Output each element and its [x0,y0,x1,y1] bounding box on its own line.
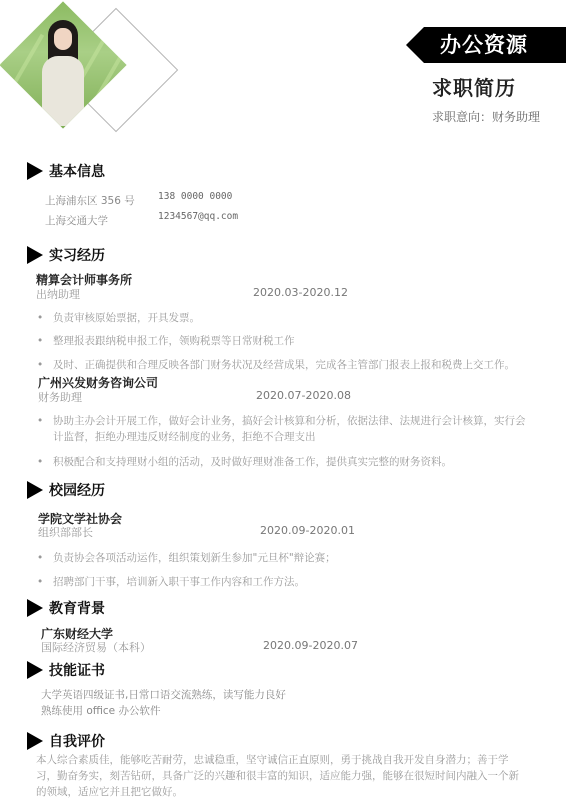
section-title: 基本信息 [49,161,105,181]
education-date: 2020.09-2020.07 [263,639,358,652]
section-campus: 校园经历 [27,480,105,500]
section-education: 教育背景 [27,598,105,618]
job-date: 2020.03-2020.12 [253,286,348,299]
triangle-marker-icon [27,481,43,499]
campus-bullet: •负责协会各项活动运作，组织策划新生参加"元旦杯"辩论赛； [37,550,537,566]
section-title: 教育背景 [49,598,105,618]
job-role: 出纳助理 [36,286,80,302]
job-role: 财务助理 [38,389,82,405]
campus-bullet: •招聘部门干事，培训新入职干事工作内容和工作方法。 [37,574,537,590]
job-date: 2020.07-2020.08 [256,389,351,402]
job-bullet: •协助主办会计开展工作，做好会计业务，搞好会计核算和分析，依据法律、法规进行会计… [37,413,527,445]
triangle-marker-icon [27,162,43,180]
banner-text: 办公资源 [440,29,528,59]
triangle-marker-icon [27,246,43,264]
section-title: 技能证书 [49,660,105,680]
education-major: 国际经济贸易（本科） [41,639,151,655]
triangle-marker-icon [27,661,43,679]
email: 1234567@qq.com [158,211,238,222]
self-eval-text: 本人综合素质佳，能够吃苦耐劳，忠诚稳重，坚守诚信正直原则，勇于挑战自我开发自身潜… [36,752,526,800]
triangle-marker-icon [27,732,43,750]
job-bullet: •积极配合和支持理财小组的活动，及时做好理财准备工作，提供真实完整的财务资料。 [37,454,537,470]
section-skills: 技能证书 [27,660,105,680]
skill-line: 大学英语四级证书,日常口语交流熟练，读写能力良好 [41,687,286,702]
campus-date: 2020.09-2020.01 [260,524,355,537]
skill-line: 熟练使用 office 办公软件 [41,703,160,718]
resume-title: 求职简历 [432,72,516,101]
section-title: 自我评价 [49,731,105,751]
section-title: 实习经历 [49,245,105,265]
section-internship: 实习经历 [27,245,105,265]
job-bullet: •整理报表跟纳税申报工作，领购税票等日常财税工作 [37,333,537,349]
section-title: 校园经历 [49,480,105,500]
job-bullet: •负责审核原始票据，开具发票。 [37,310,537,326]
section-basic-info: 基本信息 [27,161,105,181]
school: 上海交通大学 [45,213,108,228]
job-bullet: •及时、正确提供和合理反映各部门财务状况及经营成果，完成各主管部门报表上报和税费… [37,357,537,373]
section-self-eval: 自我评价 [27,731,105,751]
campus-role: 组织部部长 [38,524,93,540]
job-objective: 求职意向：财务助理 [432,108,540,125]
triangle-marker-icon [27,599,43,617]
address: 上海浦东区 356 号 [45,193,135,208]
phone: 138 0000 0000 [158,191,232,202]
